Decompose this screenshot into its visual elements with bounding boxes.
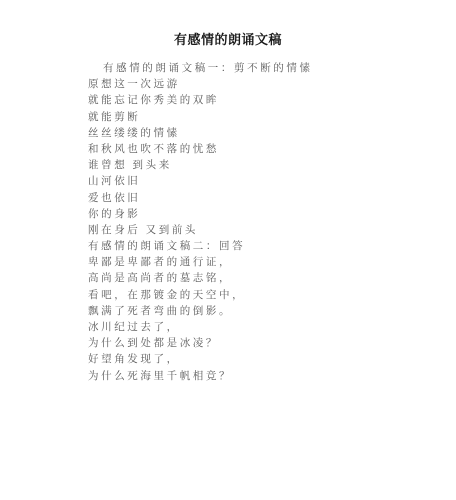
verse-line: 你的身影 <box>88 207 436 223</box>
verse-line: 和秋风也吹不落的忧愁 <box>88 142 436 158</box>
verse-line: 爱也依旧 <box>88 191 436 207</box>
verse-line: 谁曾想 到头来 <box>88 158 436 174</box>
document-page: 有感情的朗诵文稿 有感情的朗诵文稿一：剪不断的情愫原想这一次远游就能忘记你秀美的… <box>0 0 456 500</box>
verse-line: 刚在身后 又到前头 <box>88 223 436 239</box>
verse-line: 卑鄙是卑鄙者的通行证， <box>88 255 436 271</box>
verse-line: 为什么到处都是冰凌？ <box>88 336 436 352</box>
verse-line: 就能剪断 <box>88 110 436 126</box>
verse-line: 山河依旧 <box>88 174 436 190</box>
verse-line: 高尚是高尚者的墓志铭， <box>88 271 436 287</box>
document-title: 有感情的朗诵文稿 <box>0 0 456 48</box>
section-header-line: 有感情的朗诵文稿二：回答 <box>88 239 436 255</box>
verse-line: 看吧，在那镀金的天空中， <box>88 288 436 304</box>
verse-line: 丝丝缕缕的情愫 <box>88 126 436 142</box>
verse-line: 为什么死海里千帆相竞？ <box>88 369 436 385</box>
document-body: 有感情的朗诵文稿一：剪不断的情愫原想这一次远游就能忘记你秀美的双眸就能剪断丝丝缕… <box>88 61 436 385</box>
verse-line: 好望角发现了， <box>88 352 436 368</box>
section-header-line: 有感情的朗诵文稿一：剪不断的情愫 <box>88 61 436 77</box>
verse-line: 冰川纪过去了， <box>88 320 436 336</box>
verse-line: 原想这一次远游 <box>88 77 436 93</box>
verse-line: 飘满了死者弯曲的倒影。 <box>88 304 436 320</box>
verse-line: 就能忘记你秀美的双眸 <box>88 93 436 109</box>
